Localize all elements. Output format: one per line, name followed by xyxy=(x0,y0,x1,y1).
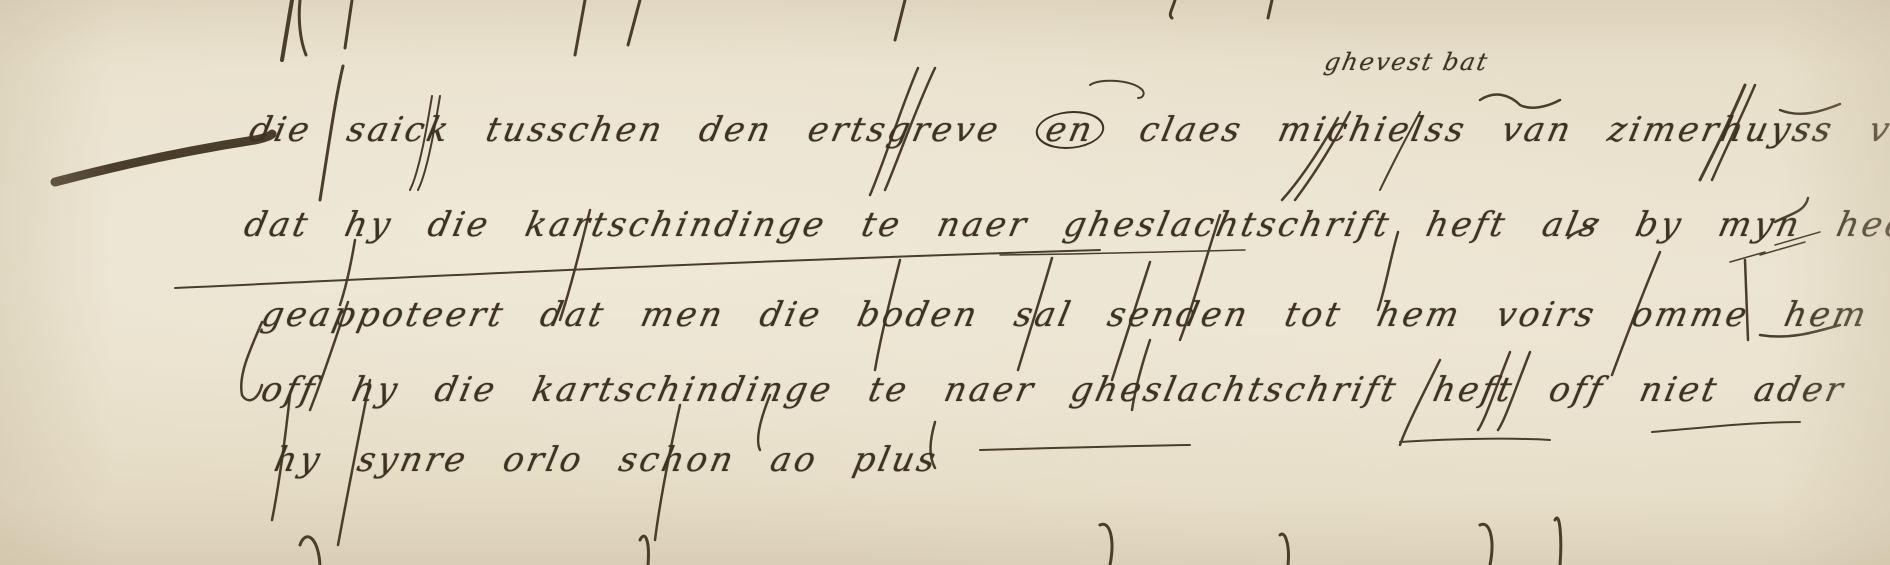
word: hem xyxy=(1374,295,1466,335)
word: boden xyxy=(854,295,984,335)
word: dat xyxy=(537,295,610,335)
word: zimerhuyss xyxy=(1604,110,1838,150)
word: die xyxy=(246,110,316,150)
word: kartschindinge xyxy=(529,370,838,410)
word: hy xyxy=(271,440,327,480)
word: die xyxy=(424,205,494,245)
word: sal xyxy=(1011,295,1077,335)
word: men xyxy=(637,295,729,335)
word: gheslachtschrift xyxy=(1067,370,1402,410)
word: als xyxy=(1539,205,1605,245)
manuscript-page: ghevest bat die saick tusschen den ertsg… xyxy=(0,0,1890,565)
word: gheslachtschrift xyxy=(1060,205,1395,245)
circled-word: en xyxy=(1032,111,1108,149)
word: te xyxy=(858,205,906,245)
word: synre xyxy=(354,440,472,480)
word: orlo xyxy=(499,440,588,480)
word: dat xyxy=(241,205,314,245)
word: heft xyxy=(1422,205,1511,245)
word: van xyxy=(1498,110,1577,150)
word: michielss xyxy=(1274,110,1470,150)
word: claes xyxy=(1136,110,1247,150)
word: schon xyxy=(615,440,739,480)
word: van xyxy=(1865,110,1890,150)
word: te xyxy=(865,370,913,410)
word: kartschindinge xyxy=(522,205,831,245)
word: by xyxy=(1632,205,1687,245)
word: heeren xyxy=(1833,205,1890,245)
manuscript-line-2: dat hy die kartschindinge te naer ghesla… xyxy=(241,205,1890,245)
manuscript-line-1: die saick tusschen den ertsgreve en clae… xyxy=(246,110,1890,150)
word: off xyxy=(258,370,321,410)
pen-flourishes xyxy=(0,0,1890,565)
word: tot xyxy=(1281,295,1346,335)
word: voirs xyxy=(1493,295,1601,335)
word: omme xyxy=(1628,295,1754,335)
word: geappoteert xyxy=(258,295,509,335)
word: off xyxy=(1545,370,1608,410)
word: niet xyxy=(1636,370,1723,410)
manuscript-line-3: geappoteert dat men die boden sal senden… xyxy=(258,295,1890,335)
word: ao xyxy=(767,440,822,480)
interlinear-insertion: ghevest bat xyxy=(1322,48,1492,76)
word: ader xyxy=(1750,370,1849,410)
word: die xyxy=(431,370,501,410)
word: hy xyxy=(341,205,397,245)
word: den xyxy=(696,110,777,150)
word: ertsgreve xyxy=(804,110,1004,150)
word: senden xyxy=(1104,295,1254,335)
manuscript-line-5: hy synre orlo schon ao plus xyxy=(271,440,964,480)
word: saick xyxy=(343,110,455,150)
word: die xyxy=(756,295,826,335)
manuscript-line-4: off hy die kartschindinge te naer ghesla… xyxy=(258,370,1872,410)
word: hy xyxy=(348,370,404,410)
word: naer xyxy=(940,370,1039,410)
word: heft xyxy=(1429,370,1518,410)
word: hem xyxy=(1781,295,1873,335)
word: naer xyxy=(934,205,1033,245)
word: myn xyxy=(1715,205,1806,245)
word: plus xyxy=(849,440,941,480)
word: tusschen xyxy=(482,110,668,150)
